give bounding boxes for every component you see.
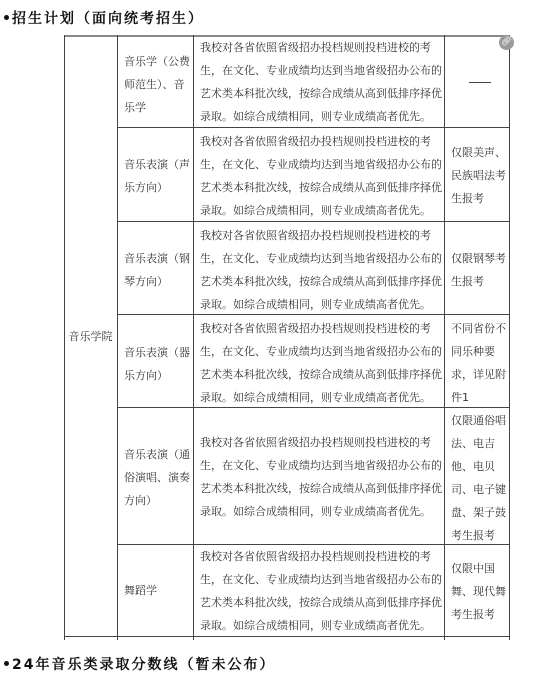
col-divider — [193, 35, 194, 640]
bullet-icon — [4, 15, 9, 20]
dash-placeholder — [469, 82, 491, 83]
section-heading-scores: 24年音乐类录取分数线（暂未公布） — [4, 654, 275, 674]
major-cell: 音乐学（公费师范生）、音乐学 — [124, 50, 194, 119]
note-cell: 不同省份不同乐种要求，详见附件1 — [451, 317, 509, 409]
note-cell: 仅限中国舞、现代舞考生报考 — [451, 557, 509, 626]
description-cell: 我校对各省依照省级招办投档规则投档进校的考生，在文化、专业成绩均达到当地省级招办… — [200, 431, 444, 523]
col-divider — [509, 35, 510, 640]
major-cell: 音乐表演（声乐方向） — [124, 153, 194, 199]
major-cell: 音乐表演（器乐方向） — [124, 341, 194, 387]
section-heading-plan: 招生计划（面向统考招生） — [4, 8, 204, 28]
bullet-icon — [4, 661, 9, 666]
heading-text: 招生计划（面向统考招生） — [12, 11, 204, 27]
description-cell: 我校对各省依照省级招办投档规则投档进校的考生，在文化、专业成绩均达到当地省级招办… — [200, 317, 444, 409]
note-cell: 仅限钢琴考生报考 — [451, 247, 509, 293]
link-icon[interactable]: 🔗︎ — [499, 35, 514, 50]
major-cell: 音乐表演（钢琴方向） — [124, 247, 194, 293]
admission-plan-table: 音乐学院 音乐学（公费师范生）、音乐学 我校对各省依照省级招办投档规则投档进校的… — [64, 35, 510, 640]
col-divider — [444, 35, 445, 640]
note-cell — [451, 70, 509, 93]
heading-text: 24年音乐类录取分数线（暂未公布） — [12, 657, 275, 673]
major-cell: 音乐表演（通俗演唱、演奏方向） — [124, 443, 194, 512]
major-cell: 舞蹈学 — [124, 579, 194, 602]
note-cell: 仅限通俗唱法、电吉他、电贝司、电子键盘、架子鼓考生报考 — [451, 409, 509, 547]
college-cell: 音乐学院 — [64, 325, 117, 348]
description-cell: 我校对各省依照省级招办投档规则投档进校的考生，在文化、专业成绩均达到当地省级招办… — [200, 36, 444, 128]
description-cell: 我校对各省依照省级招办投档规则投档进校的考生，在文化、专业成绩均达到当地省级招办… — [200, 545, 444, 637]
col-divider — [117, 35, 118, 640]
description-cell: 我校对各省依照省级招办投档规则投档进校的考生，在文化、专业成绩均达到当地省级招办… — [200, 224, 444, 316]
description-cell: 我校对各省依照省级招办投档规则投档进校的考生，在文化、专业成绩均达到当地省级招办… — [200, 130, 444, 222]
note-cell: 仅限美声、民族唱法考生报考 — [451, 141, 509, 210]
